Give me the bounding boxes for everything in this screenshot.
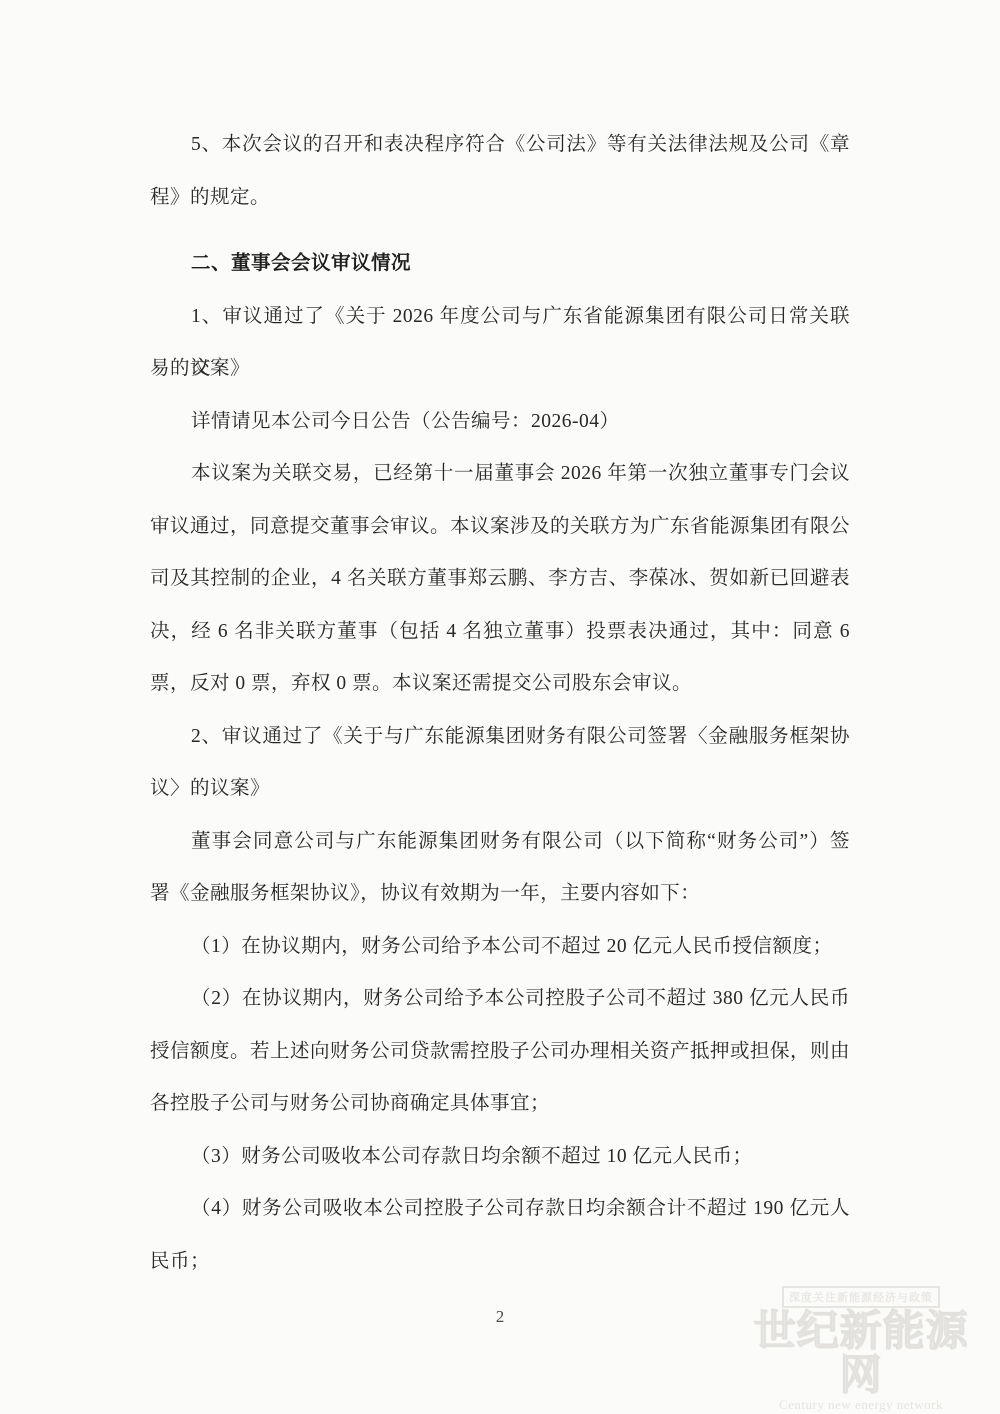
site-watermark: 深度关注新能源经济与政策 世纪新能源网 Century new energy n… <box>736 1286 986 1412</box>
doc-line: 决，经 6 名非关联方董事（包括 4 名独立董事）投票表决通过，其中：同意 6 <box>150 606 850 659</box>
doc-line: 署《金融服务框架协议》，协议有效期为一年，主要内容如下： <box>150 868 850 921</box>
doc-line: 5、本次会议的召开和表决程序符合《公司法》等有关法律法规及公司《章 <box>150 119 850 172</box>
doc-line: 董事会同意公司与广东能源集团财务有限公司（以下简称“财务公司”）签 <box>150 816 850 869</box>
doc-line: 民币； <box>150 1236 850 1289</box>
document-page: 5、本次会议的召开和表决程序符合《公司法》等有关法律法规及公司《章 程》的规定。… <box>0 0 1000 1414</box>
doc-line: 详情请见本公司今日公告（公告编号：2026-04） <box>150 396 850 449</box>
doc-line: （1）在协议期内，财务公司给予本公司不超过 20 亿元人民币授信额度； <box>150 921 850 974</box>
doc-line: 程》的规定。 <box>150 172 850 225</box>
section-heading: 二、董事会会议审议情况 <box>150 238 850 291</box>
doc-line: 审议通过，同意提交董事会审议。本议案涉及的关联方为广东省能源集团有限公 <box>150 501 850 554</box>
doc-line: 易的议案》 <box>150 343 850 396</box>
doc-line: 票，反对 0 票，弃权 0 票。本议案还需提交公司股东会审议。 <box>150 658 850 711</box>
document-content: 5、本次会议的召开和表决程序符合《公司法》等有关法律法规及公司《章 程》的规定。… <box>150 119 850 1288</box>
doc-line: 司及其控制的企业，4 名关联方董事郑云鹏、李方吉、李葆冰、贺如新已回避表 <box>150 553 850 606</box>
doc-line: 1、审议通过了《关于 2026 年度公司与广东省能源集团有限公司日常关联交 <box>150 291 850 344</box>
watermark-subtitle: Century new energy network <box>736 1397 986 1412</box>
doc-line: 各控股子公司与财务公司协商确定具体事宜； <box>150 1078 850 1131</box>
watermark-title: 世纪新能源网 <box>736 1309 986 1397</box>
doc-line: （3）财务公司吸收本公司存款日均余额不超过 10 亿元人民币； <box>150 1131 850 1184</box>
doc-line: 2、审议通过了《关于与广东能源集团财务有限公司签署〈金融服务框架协 <box>150 711 850 764</box>
doc-line: 议〉的议案》 <box>150 763 850 816</box>
doc-line: （2）在协议期内，财务公司给予本公司控股子公司不超过 380 亿元人民币 <box>150 973 850 1026</box>
doc-line: （4）财务公司吸收本公司控股子公司存款日均余额合计不超过 190 亿元人 <box>150 1183 850 1236</box>
doc-line: 本议案为关联交易，已经第十一届董事会 2026 年第一次独立董事专门会议 <box>150 448 850 501</box>
doc-line: 授信额度。若上述向财务公司贷款需控股子公司办理相关资产抵押或担保，则由 <box>150 1026 850 1079</box>
watermark-tagline: 深度关注新能源经济与政策 <box>782 1286 940 1308</box>
